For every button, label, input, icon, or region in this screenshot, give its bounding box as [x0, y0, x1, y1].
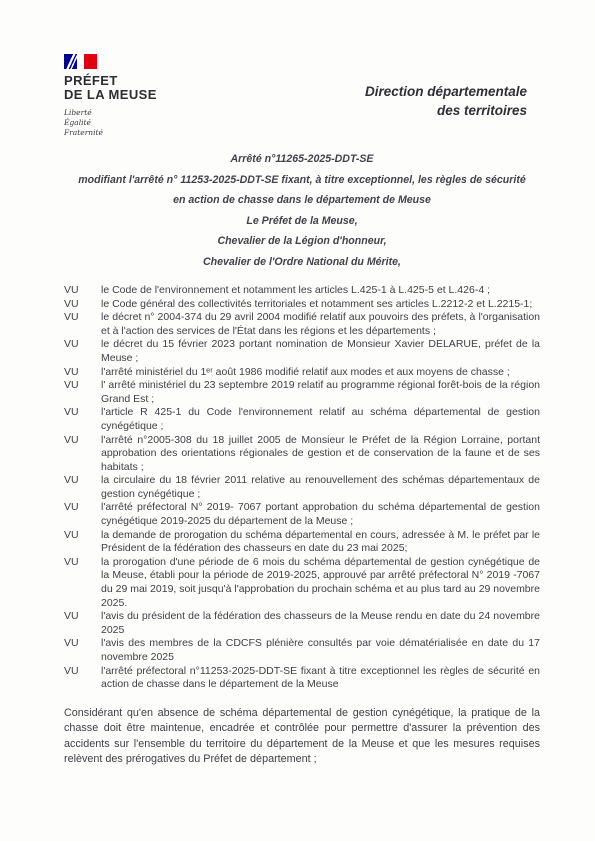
visa-label: VU — [64, 556, 101, 610]
visa-text: l'avis des membres de la CDCFS plénière … — [101, 637, 540, 664]
visa-text: l'arrêté n°2005-308 du 18 juillet 2005 d… — [101, 434, 540, 475]
motto-fraternite: Fraternité — [64, 128, 214, 138]
visa-label: VU — [64, 379, 101, 406]
motto-egalite: Égalité — [64, 118, 214, 128]
visa-text: la prorogation d'une période de 6 mois d… — [101, 556, 540, 610]
visa-text: l'arrêté ministériel du 1ᵉʳ août 1986 mo… — [101, 366, 540, 380]
flag-white-stripe — [77, 54, 84, 69]
visa-text: l'arrêté préfectoral n°11253-2025-DDT-SE… — [101, 665, 540, 692]
visa-item: VU le décret du 15 février 2023 portant … — [64, 338, 540, 365]
visa-text: le décret du 15 février 2023 portant nom… — [101, 338, 540, 365]
visa-item: VU la prorogation d'une période de 6 moi… — [64, 556, 540, 610]
visa-item: VU le décret n° 2004-374 du 29 avril 200… — [64, 311, 540, 338]
visa-text: l' arrêté ministériel du 23 septembre 20… — [101, 379, 540, 406]
visa-label: VU — [64, 501, 101, 528]
visa-label: VU — [64, 637, 101, 664]
visa-label: VU — [64, 529, 101, 556]
visa-label: VU — [64, 366, 101, 380]
republic-motto: Liberté Égalité Fraternité — [64, 108, 214, 138]
gov-logo-block: PRÉFET DE LA MEUSE Liberté Égalité Frate… — [64, 54, 214, 138]
french-flag-icon — [64, 54, 97, 69]
visa-text: le Code de l'environnement et notamment … — [101, 284, 540, 298]
visa-item: VU la demande de prorogation du schéma d… — [64, 529, 540, 556]
visa-label: VU — [64, 610, 101, 637]
visa-label: VU — [64, 338, 101, 365]
decree-subject-line2: en action de chasse dans le département … — [64, 194, 540, 206]
direction-line1: Direction départementale — [365, 82, 527, 101]
visa-label: VU — [64, 434, 101, 475]
visa-label: VU — [64, 474, 101, 501]
visa-item: VU l'arrêté préfectoral N° 2019- 7067 po… — [64, 501, 540, 528]
document-page: PRÉFET DE LA MEUSE Liberté Égalité Frate… — [0, 0, 595, 841]
prefect-honor-1: Chevalier de la Légion d'honneur, — [64, 235, 540, 247]
visa-text: le décret n° 2004-374 du 29 avril 2004 m… — [101, 311, 540, 338]
visa-item: VU la circulaire du 18 février 2011 rela… — [64, 474, 540, 501]
visa-item: VU l'arrêté ministériel du 1ᵉʳ août 1986… — [64, 366, 540, 380]
visa-item: VU le Code général des collectivités ter… — [64, 298, 540, 312]
considerant-paragraph: Considérant qu'en absence de schéma dépa… — [64, 706, 540, 768]
visa-item: VU l' arrêté ministériel du 23 septembre… — [64, 379, 540, 406]
visa-label: VU — [64, 406, 101, 433]
visa-text: l'arrêté préfectoral N° 2019- 7067 porta… — [101, 501, 540, 528]
visa-text: l'avis du président de la fédération des… — [101, 610, 540, 637]
visa-item: VU l'avis du président de la fédération … — [64, 610, 540, 637]
direction-line2: des territoires — [365, 101, 527, 120]
visa-label: VU — [64, 311, 101, 338]
issuing-direction: Direction départementale des territoires — [365, 82, 527, 120]
visa-label: VU — [64, 284, 101, 298]
document-content: Arrêté n°11265-2025-DDT-SE modifiant l'a… — [64, 153, 540, 768]
decree-title-block: Arrêté n°11265-2025-DDT-SE modifiant l'a… — [64, 153, 540, 268]
decree-number: Arrêté n°11265-2025-DDT-SE — [64, 153, 540, 165]
prefect-honor-2: Chevalier de l'Ordre National du Mérite, — [64, 256, 540, 268]
prefecture-name-line2: DE LA MEUSE — [64, 88, 214, 102]
prefecture-name-line1: PRÉFET — [64, 74, 214, 88]
visa-text: la demande de prorogation du schéma dépa… — [101, 529, 540, 556]
flag-blue-stripe-marianne-icon — [64, 54, 77, 69]
visa-text: l'article R 425-1 du Code l'environnemen… — [101, 406, 540, 433]
visa-item: VU l'arrêté n°2005-308 du 18 juillet 200… — [64, 434, 540, 475]
decree-subject-line1: modifiant l'arrêté n° 11253-2025-DDT-SE … — [64, 174, 540, 186]
visa-label: VU — [64, 665, 101, 692]
visa-item: VU l'article R 425-1 du Code l'environne… — [64, 406, 540, 433]
motto-liberte: Liberté — [64, 108, 214, 118]
visa-item: VU l'avis des membres de la CDCFS pléniè… — [64, 637, 540, 664]
visa-item: VU le Code de l'environnement et notamme… — [64, 284, 540, 298]
visa-text: la circulaire du 18 février 2011 relativ… — [101, 474, 540, 501]
visa-list: VU le Code de l'environnement et notamme… — [64, 284, 540, 692]
visa-item: VU l'arrêté préfectoral n°11253-2025-DDT… — [64, 665, 540, 692]
visa-label: VU — [64, 298, 101, 312]
visa-text: le Code général des collectivités territ… — [101, 298, 540, 312]
flag-red-stripe — [84, 54, 97, 69]
prefect-title: Le Préfet de la Meuse, — [64, 215, 540, 227]
